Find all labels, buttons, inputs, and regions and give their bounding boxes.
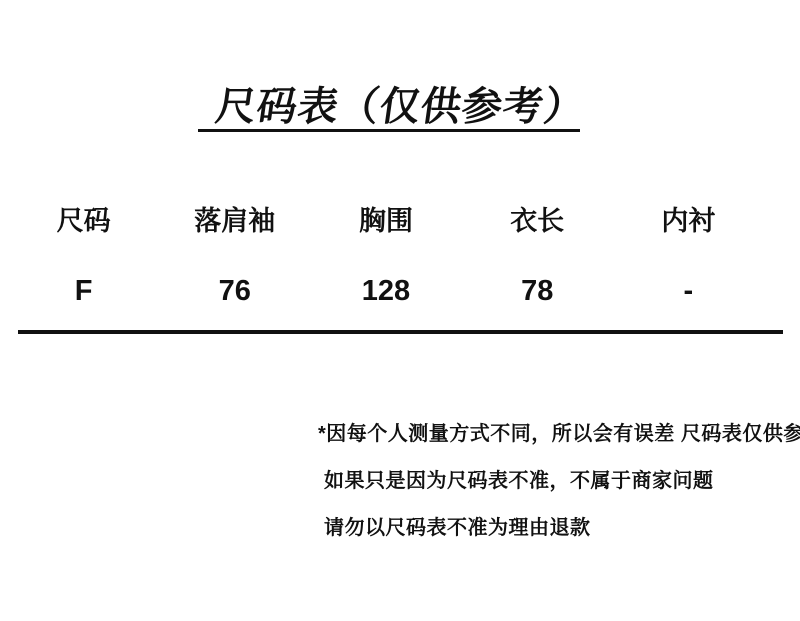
column-header-sleeve: 落肩袖 (159, 206, 310, 237)
column-header-lining: 内衬 (613, 206, 764, 237)
cell-size-value: F (8, 275, 159, 308)
cell-chest-value: 128 (310, 275, 461, 308)
cell-length-value: 78 (462, 275, 613, 308)
size-chart-page: 尺码表（仅供参考） 尺码 落肩袖 胸围 衣长 内衬 F 76 128 78 - … (0, 0, 800, 621)
cell-lining-value: - (613, 275, 764, 308)
title-block: 尺码表（仅供参考） (0, 86, 800, 128)
column-header-chest: 胸围 (310, 206, 461, 237)
table-row: F 76 128 78 - (8, 275, 764, 308)
note-line-measure-disclaimer: *因每个人测量方式不同，所以会有误差 尺码表仅供参考 (318, 424, 800, 445)
column-header-length: 衣长 (462, 206, 613, 237)
divider-rule (18, 330, 783, 334)
page-title: 尺码表（仅供参考） (213, 86, 588, 128)
cell-sleeve-value: 76 (159, 275, 310, 308)
title-underline (198, 129, 580, 132)
table-header-row: 尺码 落肩袖 胸围 衣长 内衬 (8, 206, 764, 237)
column-header-size: 尺码 (8, 206, 159, 237)
note-line-no-refund: 请勿以尺码表不准为理由退款 (318, 518, 800, 539)
notes-block: *因每个人测量方式不同，所以会有误差 尺码表仅供参考 如果只是因为尺码表不准，不… (318, 424, 800, 539)
note-line-not-seller-issue: 如果只是因为尺码表不准，不属于商家问题 (318, 471, 800, 492)
